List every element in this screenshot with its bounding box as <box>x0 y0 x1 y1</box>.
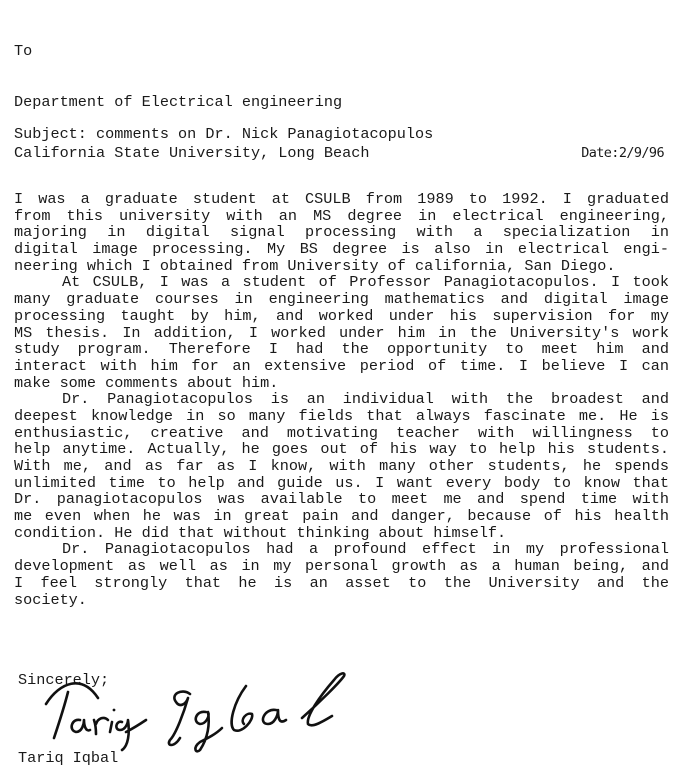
paragraph: Dr. Panagiotacopulos had a profound effe… <box>14 541 669 608</box>
body-line: With me, and as far as I know, with many… <box>14 458 669 475</box>
body-line: development as well as in my personal gr… <box>14 558 669 575</box>
body-line: enthusiastic, creative and motivating te… <box>14 425 669 442</box>
body-line: processing taught by him, and worked und… <box>14 308 669 325</box>
body-line: Dr. Panagiotacopulos had a profound effe… <box>14 541 669 558</box>
letter-body: I was a graduate student at CSULB from 1… <box>14 191 669 608</box>
body-line: from this university with an MS degree i… <box>14 208 669 225</box>
recipient-line: To <box>14 43 369 60</box>
signer-name: Tariq Iqbal <box>18 750 118 767</box>
body-line: Dr. Panagiotacopulos is an individual wi… <box>14 391 669 408</box>
recipient-line: Department of Electrical engineering <box>14 94 369 111</box>
body-line: deepest knowledge in so many fields that… <box>14 408 669 425</box>
handwritten-signature <box>40 668 360 754</box>
body-line: neering which I obtained from University… <box>14 258 669 275</box>
body-line: condition. He did that without thinking … <box>14 525 669 542</box>
body-line: make some comments about him. <box>14 375 669 392</box>
body-line: I was a graduate student at CSULB from 1… <box>14 191 669 208</box>
letter-date: Date:2/9/96 <box>581 145 664 162</box>
paragraph: I was a graduate student at CSULB from 1… <box>14 191 669 274</box>
recipient-address: To Department of Electrical engineering … <box>14 9 369 179</box>
body-line: unlimited time to help and guide us. I w… <box>14 475 669 492</box>
body-line: many graduate courses in engineering mat… <box>14 291 669 308</box>
body-line: MS thesis. In addition, I worked under h… <box>14 325 669 342</box>
body-line: help anytime. Actually, he goes out of h… <box>14 441 669 458</box>
body-line: interact with him for an extensive perio… <box>14 358 669 375</box>
body-line: me even when he was in great pain and da… <box>14 508 669 525</box>
body-line: digital image processing. My BS degree i… <box>14 241 669 258</box>
subject-line: Subject: comments on Dr. Nick Panagiotac… <box>14 126 433 143</box>
paragraph: At CSULB, I was a student of Professor P… <box>14 274 669 391</box>
body-line: At CSULB, I was a student of Professor P… <box>14 274 669 291</box>
body-line: I feel strongly that he is an asset to t… <box>14 575 669 592</box>
recipient-line: California State University, Long Beach <box>14 145 369 162</box>
body-line: society. <box>14 592 669 609</box>
body-line: study program. Therefore I had the oppor… <box>14 341 669 358</box>
paragraph: Dr. Panagiotacopulos is an individual wi… <box>14 391 669 541</box>
body-line: majoring in digital signal processing wi… <box>14 224 669 241</box>
body-line: Dr. panagiotacopulos was available to me… <box>14 491 669 508</box>
